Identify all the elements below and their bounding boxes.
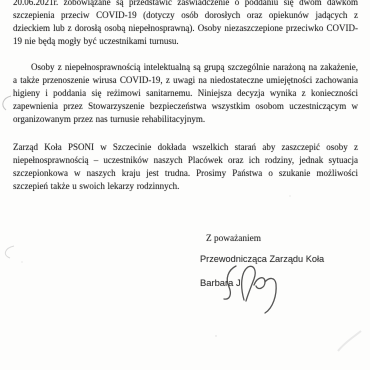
hole-punch-mark-bottom — [5, 246, 14, 258]
paragraph-risk-explanation: Osoby z niepełnosprawnością intelektualn… — [13, 61, 358, 126]
signer-title: Przewodnicząca Zarządu Koła — [200, 254, 324, 264]
closing-block: Z poważaniem Przewodnicząca Zarządu Koła… — [200, 234, 324, 288]
smudge-mark — [338, 331, 361, 351]
signer-name: Barbara J — [200, 277, 324, 288]
scanned-letter-page: 20.06.2021r. zobowiązane są przedstawić … — [0, 0, 370, 370]
letter-body: 20.06.2021r. zobowiązane są przedstawić … — [0, 0, 370, 193]
paragraph-board-efforts: Zarząd Koła PSONI w Szczecinie dokłada w… — [13, 141, 358, 193]
closing-salutation: Z poważaniem — [206, 234, 324, 244]
paragraph-vaccination-requirement: 20.06.2021r. zobowiązane są przedstawić … — [13, 0, 358, 48]
